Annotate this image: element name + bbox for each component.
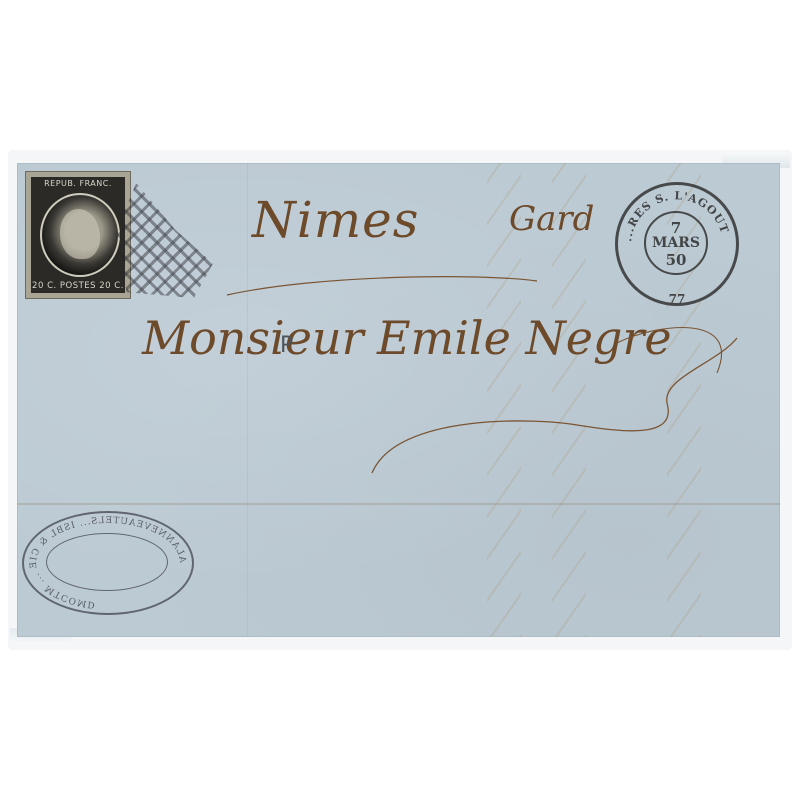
- folded-letter: REPUB. FRANC. 20 C. POSTES 20 C. ...RES …: [17, 163, 780, 637]
- cachet-inner-oval: [46, 533, 168, 591]
- oval-cachet: ALANNEVEAUTELS... ISBL & CIE ... MTCOMD: [22, 511, 194, 615]
